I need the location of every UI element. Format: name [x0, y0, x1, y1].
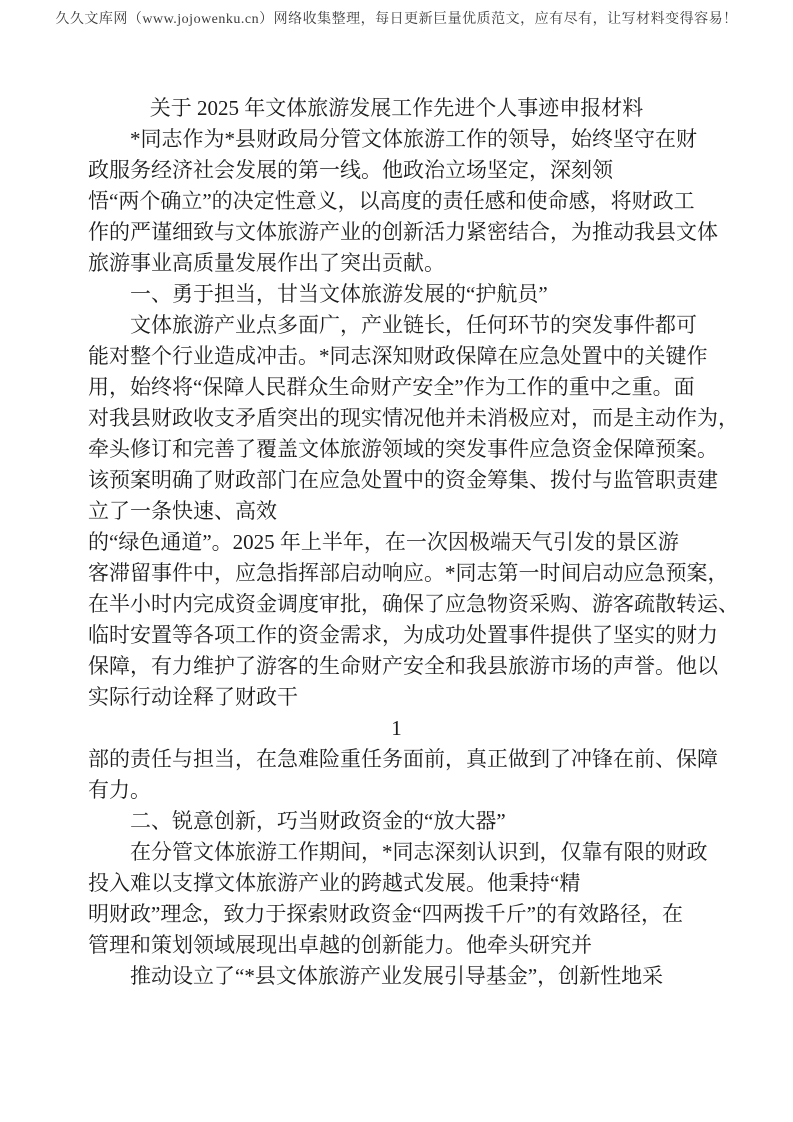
document-line: 能对整个行业造成冲击。*同志深知财政保障在应急处置中的关键作	[88, 341, 705, 372]
document-title: 关于 2025 年文体旅游发展工作先进个人事迹申报材料	[88, 93, 705, 124]
document-line: 二、锐意创新，巧当财政资金的“放大器”	[88, 806, 705, 837]
document-line: 一、勇于担当，甘当文体旅游发展的“护航员”	[88, 279, 705, 310]
document-line: 牵头修订和完善了覆盖文体旅游领域的突发事件应急资金保障预案。	[88, 434, 705, 465]
document-line: 该预案明确了财政部门在应急处置中的资金筹集、拨付与监管职责建	[88, 465, 705, 496]
document-line: 用，始终将“保障人民群众生命财产安全”作为工作的重中之重。面	[88, 372, 705, 403]
document-line: 对我县财政收支矛盾突出的现实情况他并未消极应对，而是主动作为，	[88, 403, 705, 434]
document-page: 久久文库网（www.jojowenku.cn）网络收集整理，每日更新巨量优质范文…	[0, 0, 793, 1122]
site-header-notice: 久久文库网（www.jojowenku.cn）网络收集整理，每日更新巨量优质范文…	[0, 8, 793, 28]
document-line: 部的责任与担当，在急难险重任务面前，真正做到了冲锋在前、保障	[88, 744, 705, 775]
document-line: 保障，有力维护了游客的生命财产安全和我县旅游市场的声誉。他以	[88, 651, 705, 682]
document-line: 在分管文体旅游工作期间，*同志深刻认识到，仅靠有限的财政	[88, 837, 705, 868]
document-line: *同志作为*县财政局分管文体旅游工作的领导，始终坚守在财	[88, 124, 705, 155]
document-line: 临时安置等各项工作的资金需求，为成功处置事件提供了坚实的财力	[88, 620, 705, 651]
document-line: 客滞留事件中，应急指挥部启动响应。*同志第一时间启动应急预案，	[88, 558, 705, 589]
page-number: 1	[88, 713, 705, 744]
document-line: 政服务经济社会发展的第一线。他政治立场坚定，深刻领	[88, 155, 705, 186]
document-line: 旅游事业高质量发展作出了突出贡献。	[88, 248, 705, 279]
document-line: 推动设立了“*县文体旅游产业发展引导基金”，创新性地采	[88, 961, 705, 992]
document-line: 的“绿色通道”。2025 年上半年，在一次因极端天气引发的景区游	[88, 527, 705, 558]
document-line: 明财政”理念，致力于探索财政资金“四两拨千斤”的有效路径，在	[88, 899, 705, 930]
document-line: 实际行动诠释了财政干	[88, 682, 705, 713]
document-line: 有力。	[88, 775, 705, 806]
document-line: 管理和策划领域展现出卓越的创新能力。他牵头研究并	[88, 930, 705, 961]
document-line: 悟“两个确立”的决定性意义，以高度的责任感和使命感，将财政工	[88, 186, 705, 217]
document-line: 投入难以支撑文体旅游产业的跨越式发展。他秉持“精	[88, 868, 705, 899]
document-line: 立了一条快速、高效	[88, 496, 705, 527]
document-line: 在半小时内完成资金调度审批，确保了应急物资采购、游客疏散转运、	[88, 589, 705, 620]
document-line: 文体旅游产业点多面广，产业链长，任何环节的突发事件都可	[88, 310, 705, 341]
document-body: 关于 2025 年文体旅游发展工作先进个人事迹申报材料*同志作为*县财政局分管文…	[88, 93, 705, 992]
document-line: 作的严谨细致与文体旅游产业的创新活力紧密结合，为推动我县文体	[88, 217, 705, 248]
